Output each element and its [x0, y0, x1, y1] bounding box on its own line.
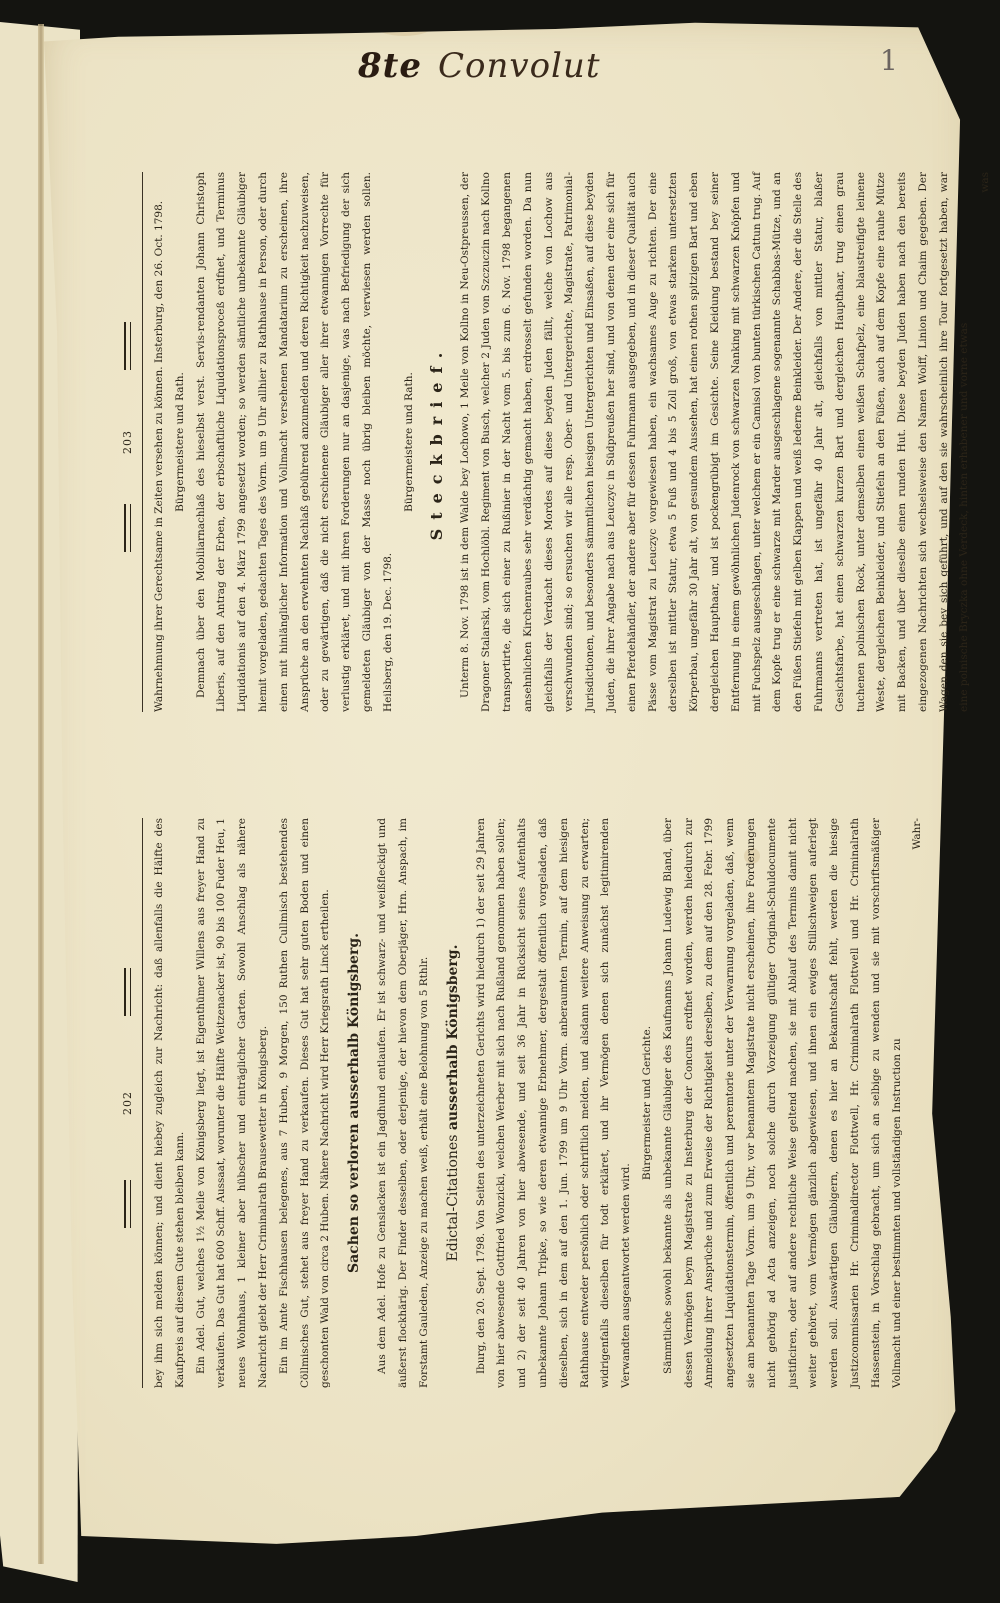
- signature-line: Bürgermeistere und Rath.: [399, 172, 420, 712]
- page-number: 202: [121, 1091, 134, 1115]
- paragraph: bey ihm sich melden können; und dient hi…: [149, 818, 191, 1388]
- paragraph: Unterm 8. Nov. 1798 ist in dem Walde bey…: [455, 172, 975, 712]
- ornamental-rule: [124, 322, 131, 370]
- section-heading-lost-items: Sachen so verloren ausserhalb Königsberg…: [340, 818, 368, 1388]
- section-heading-steckbrief: Steckbrief.: [423, 172, 451, 712]
- paragraph: Aus dem Adel. Hofe zu Genslacken ist ein…: [372, 818, 434, 1388]
- page-header: 202: [118, 818, 143, 1388]
- page-fold-line: [38, 24, 44, 1564]
- ornamental-rule: [124, 1180, 131, 1228]
- heading-latin-part: Edictal-Citationes: [445, 1135, 461, 1262]
- pencil-folio-number: 1: [880, 44, 898, 77]
- paragraph: Wahrnehmung ihrer Gerechtsame in Zeiten …: [149, 172, 170, 712]
- page-203: 203 Wahrnehmung ihrer Gerechtsame in Zei…: [118, 172, 798, 712]
- signature-line: Bürgermeister und Gerichte.: [637, 818, 658, 1388]
- handwritten-convolut-label: 8teConvolut: [358, 46, 601, 86]
- page-202: 202 bey ihm sich melden können; und dien…: [118, 818, 798, 1388]
- page-header: 203: [118, 172, 143, 712]
- convolut-label: Convolut: [438, 46, 601, 86]
- signature-line: Bürgermeistere und Rath.: [170, 172, 191, 712]
- paragraph: Iburg, den 20. Sept. 1798. Von Seiten de…: [471, 818, 637, 1388]
- paragraph: Ein Adel. Gut, welches 1½ Meile von Köni…: [191, 818, 274, 1388]
- paper-stain: [374, 14, 434, 36]
- catchword: was: [975, 172, 996, 712]
- paragraph: Sämmtliche sowohl bekannte als unbekannt…: [658, 818, 908, 1388]
- paper-stain: [434, 1538, 504, 1578]
- ornamental-rule: [124, 968, 131, 1016]
- paragraph: Demnach über den Mobiliarnachlaß des hie…: [191, 172, 399, 712]
- catchword: Wahr-: [907, 818, 928, 1388]
- ornamental-rule: [124, 504, 131, 552]
- section-heading-edictal-citationes: Edictal-Citationes ausserhalb Königsberg…: [439, 818, 467, 1388]
- page-number: 203: [121, 430, 134, 454]
- paragraph: Ein im Amte Fischhausen belegenes, aus 7…: [274, 818, 336, 1388]
- convolut-number: 8te: [358, 46, 422, 86]
- heading-german-part: ausserhalb Königsberg.: [445, 945, 461, 1131]
